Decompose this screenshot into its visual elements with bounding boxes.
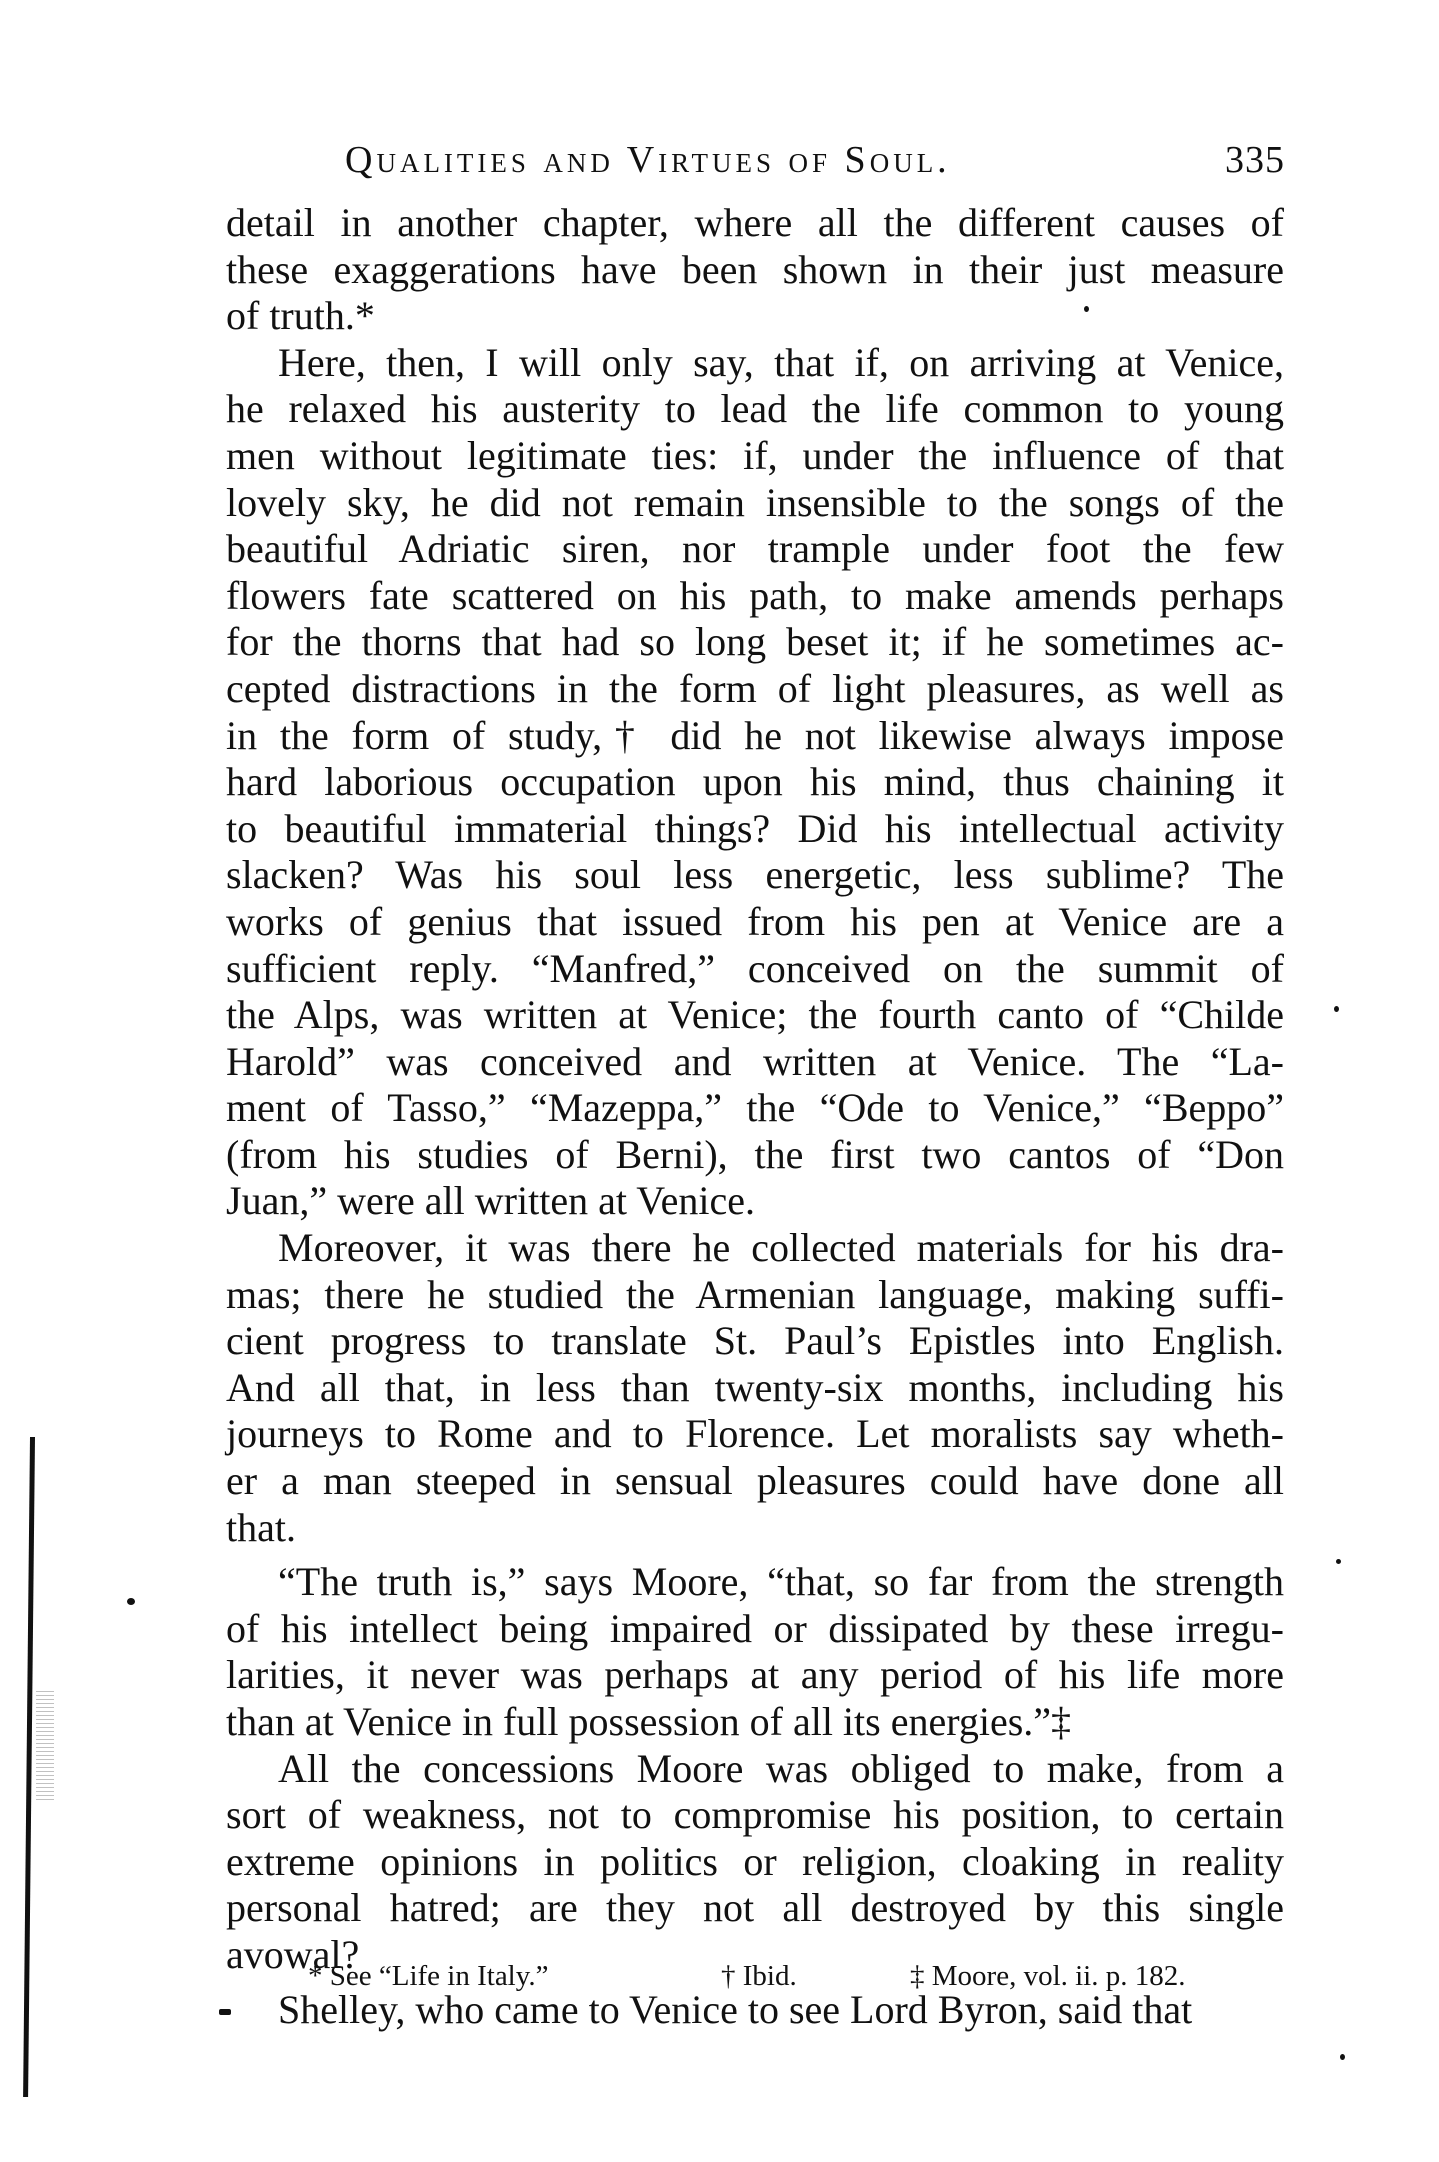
text-line: in the form of study,† did he not likewi…: [226, 713, 1284, 760]
text-line: cepted distractions in the form of light…: [226, 666, 1284, 713]
text-line: All the concessions Moore was obliged to…: [226, 1746, 1284, 1793]
text-line: works of genius that issued from his pen…: [226, 899, 1284, 946]
paragraph: detail in another chapter, where all the…: [226, 200, 1284, 340]
scan-speck: [1084, 306, 1089, 312]
scan-speck: [127, 1598, 135, 1605]
scan-binding-edge: [23, 1437, 35, 2097]
text-line: sufficient reply. “Manfred,” conceived o…: [226, 946, 1284, 993]
scan-speck: [1340, 2054, 1345, 2060]
scan-speck: [219, 2009, 231, 2015]
paragraph-gap: [226, 1551, 1284, 1559]
paragraph: Moreover, it was there he collected mate…: [226, 1225, 1284, 1551]
text-line: “The truth is,” says Moore, “that, so fa…: [226, 1559, 1284, 1606]
text-line: these exaggerations have been shown in t…: [226, 247, 1284, 294]
page-number: 335: [1225, 138, 1285, 182]
text-line: ment of Tasso,” “Mazeppa,” the “Ode to V…: [226, 1085, 1284, 1132]
text-line: flowers fate scattered on his path, to m…: [226, 573, 1284, 620]
text-line: journeys to Rome and to Florence. Let mo…: [226, 1411, 1284, 1458]
text-line: lovely sky, he did not remain insensible…: [226, 480, 1284, 527]
text-line: sort of weakness, not to compromise his …: [226, 1792, 1284, 1839]
text-line: for the thorns that had so long beset it…: [226, 619, 1284, 666]
text-line: Moreover, it was there he collected mate…: [226, 1225, 1284, 1272]
footnote-double-dagger: ‡ Moore, vol. ii. p. 182.: [910, 1960, 1186, 1993]
text-line: of truth.*: [226, 293, 1284, 340]
text-line: extreme opinions in politics or religion…: [226, 1839, 1284, 1886]
text-line: that.: [226, 1505, 1284, 1552]
text-line: the Alps, was written at Venice; the fou…: [226, 992, 1284, 1039]
paragraph: All the concessions Moore was obliged to…: [226, 1746, 1284, 1979]
scan-speck: [1334, 1006, 1339, 1012]
text-line: beautiful Adriatic siren, nor trample un…: [226, 526, 1284, 573]
text-line: slacken? Was his soul less energetic, le…: [226, 852, 1284, 899]
text-line: And all that, in less than twenty-six mo…: [226, 1365, 1284, 1412]
text-line: he relaxed his austerity to lead the lif…: [226, 386, 1284, 433]
footnotes: * See “Life in Italy.” † Ibid. ‡ Moore, …: [226, 1960, 1284, 2000]
text-line: men without legitimate ties: if, under t…: [226, 433, 1284, 480]
running-head-title: Qualities and Virtues of Soul.: [345, 138, 951, 182]
text-line: personal hatred; are they not all destro…: [226, 1885, 1284, 1932]
running-head: Qualities and Virtues of Soul. 335: [345, 138, 1285, 188]
book-page: Qualities and Virtues of Soul. 335 detai…: [0, 0, 1439, 2162]
text-line: to beautiful immaterial things? Did his …: [226, 806, 1284, 853]
text-line: er a man steeped in sensual pleasures co…: [226, 1458, 1284, 1505]
paragraph: “The truth is,” says Moore, “that, so fa…: [226, 1559, 1284, 1745]
text-line: Harold” was conceived and written at Ven…: [226, 1039, 1284, 1086]
text-line: detail in another chapter, where all the…: [226, 200, 1284, 247]
text-line: (from his studies of Berni), the first t…: [226, 1132, 1284, 1179]
text-line: hard laborious occupation upon his mind,…: [226, 759, 1284, 806]
text-line: Here, then, I will only say, that if, on…: [226, 340, 1284, 387]
footnote-asterisk: * See “Life in Italy.”: [308, 1960, 548, 1993]
paragraph: Here, then, I will only say, that if, on…: [226, 340, 1284, 1225]
text-line: than at Venice in full possession of all…: [226, 1699, 1284, 1746]
text-line: mas; there he studied the Armenian langu…: [226, 1272, 1284, 1319]
scan-speck: [1336, 1559, 1341, 1564]
body-text: detail in another chapter, where all the…: [226, 200, 1284, 2033]
text-line: Juan,” were all written at Venice.: [226, 1178, 1284, 1225]
text-line: of his intellect being impaired or dissi…: [226, 1606, 1284, 1653]
text-line: larities, it never was perhaps at any pe…: [226, 1652, 1284, 1699]
scan-speckle: [36, 1690, 54, 1800]
text-line: cient progress to translate St. Paul’s E…: [226, 1318, 1284, 1365]
footnote-dagger: † Ibid.: [721, 1960, 797, 1993]
